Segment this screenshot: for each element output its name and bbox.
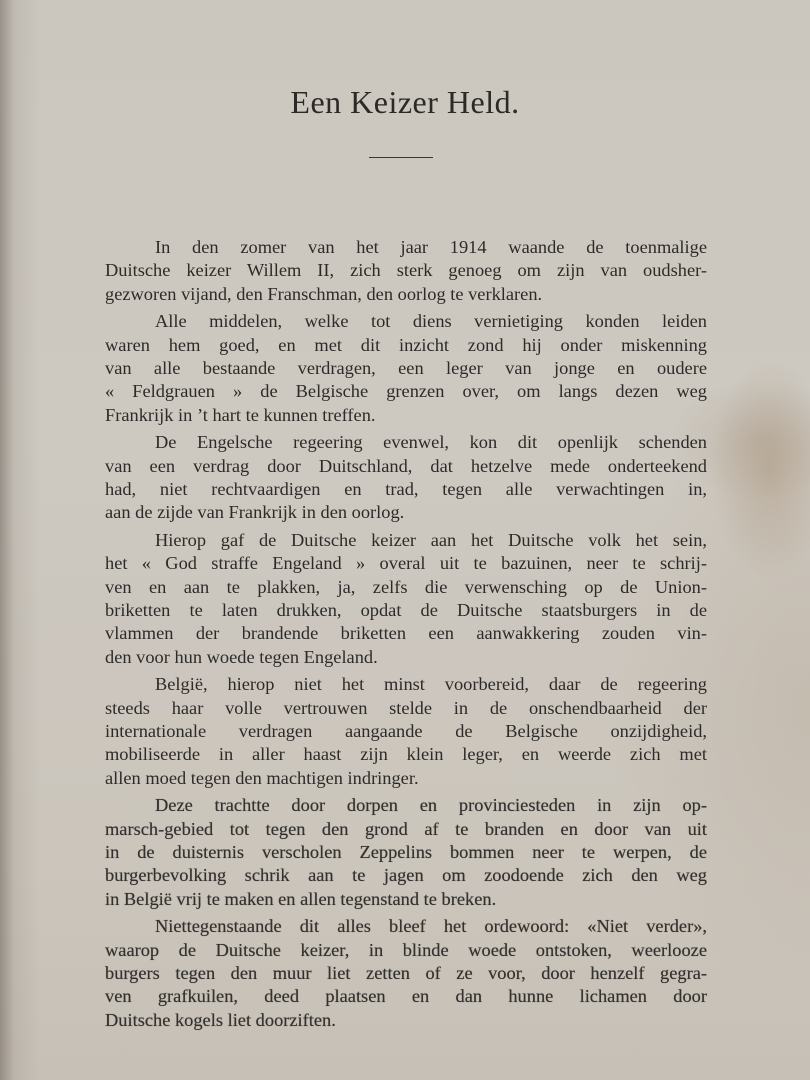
chapter-body: In den zomer van het jaar 1914 waande de… bbox=[105, 236, 707, 1036]
text-line: In den zomer van het jaar 1914 waande de… bbox=[105, 236, 707, 259]
chapter-title: Een Keizer Held. bbox=[0, 84, 810, 121]
text-line: van alle bestaande verdragen, een leger … bbox=[105, 357, 707, 380]
text-line: het « God straffe Engeland » overal uit … bbox=[105, 552, 707, 575]
text-line: in België vrij te maken en allen tegenst… bbox=[105, 888, 707, 911]
text-line: allen moed tegen den machtigen indringer… bbox=[105, 767, 707, 790]
text-line: Hierop gaf de Duitsche keizer aan het Du… bbox=[105, 529, 707, 552]
text-line: De Engelsche regeering evenwel, kon dit … bbox=[105, 431, 707, 454]
text-line: aan de zijde van Frankrijk in den oorlog… bbox=[105, 501, 707, 524]
text-line: Alle middelen, welke tot diens vernietig… bbox=[105, 310, 707, 333]
paragraph-7: Niettegenstaande dit alles bleef het ord… bbox=[105, 915, 707, 1031]
text-line: gezworen vijand, den Franschman, den oor… bbox=[105, 283, 707, 306]
text-line: internationale verdragen aangaande de Be… bbox=[105, 720, 707, 743]
text-line: steeds haar volle vertrouwen stelde in d… bbox=[105, 697, 707, 720]
text-line: had, niet rechtvaardigen en trad, tegen … bbox=[105, 478, 707, 501]
paragraph-4: Hierop gaf de Duitsche keizer aan het Du… bbox=[105, 529, 707, 669]
text-line: ven en aan te plakken, ja, zelfs die ver… bbox=[105, 576, 707, 599]
paragraph-1: In den zomer van het jaar 1914 waande de… bbox=[105, 236, 707, 306]
text-line: van een verdrag door Duitschland, dat he… bbox=[105, 455, 707, 478]
paragraph-2: Alle middelen, welke tot diens vernietig… bbox=[105, 310, 707, 426]
text-line: den voor hun woede tegen Engeland. bbox=[105, 646, 707, 669]
text-line: vlammen der brandende briketten een aanw… bbox=[105, 622, 707, 645]
text-line: Frankrijk in ’t hart te kunnen treffen. bbox=[105, 404, 707, 427]
paragraph-6: Deze trachtte door dorpen en provinciest… bbox=[105, 794, 707, 910]
text-line: Niettegenstaande dit alles bleef het ord… bbox=[105, 915, 707, 938]
text-line: in de duisternis verscholen Zeppelins bo… bbox=[105, 841, 707, 864]
text-line: burgers tegen den muur liet zetten of ze… bbox=[105, 962, 707, 985]
text-line: Duitsche kogels liet doorziften. bbox=[105, 1009, 707, 1032]
text-line: waren hem goed, en met dit inzicht zond … bbox=[105, 334, 707, 357]
text-line: België, hierop niet het minst voorbereid… bbox=[105, 673, 707, 696]
title-divider-rule bbox=[369, 157, 433, 158]
text-line: Deze trachtte door dorpen en provinciest… bbox=[105, 794, 707, 817]
text-line: marsch-gebied tot tegen den grond af te … bbox=[105, 818, 707, 841]
book-page: Een Keizer Held. In den zomer van het ja… bbox=[0, 0, 810, 1080]
text-line: ven grafkuilen, deed plaatsen en dan hun… bbox=[105, 985, 707, 1008]
text-line: « Feldgrauen » de Belgische grenzen over… bbox=[105, 380, 707, 403]
text-line: Duitsche keizer Willem II, zich sterk ge… bbox=[105, 259, 707, 282]
text-line: mobiliseerde in aller haast zijn klein l… bbox=[105, 743, 707, 766]
text-line: briketten te laten drukken, opdat de Dui… bbox=[105, 599, 707, 622]
text-line: burgerbevolking schrik aan te jagen om z… bbox=[105, 864, 707, 887]
text-line: waarop de Duitsche keizer, in blinde woe… bbox=[105, 939, 707, 962]
paragraph-5: België, hierop niet het minst voorbereid… bbox=[105, 673, 707, 789]
paragraph-3: De Engelsche regeering evenwel, kon dit … bbox=[105, 431, 707, 524]
